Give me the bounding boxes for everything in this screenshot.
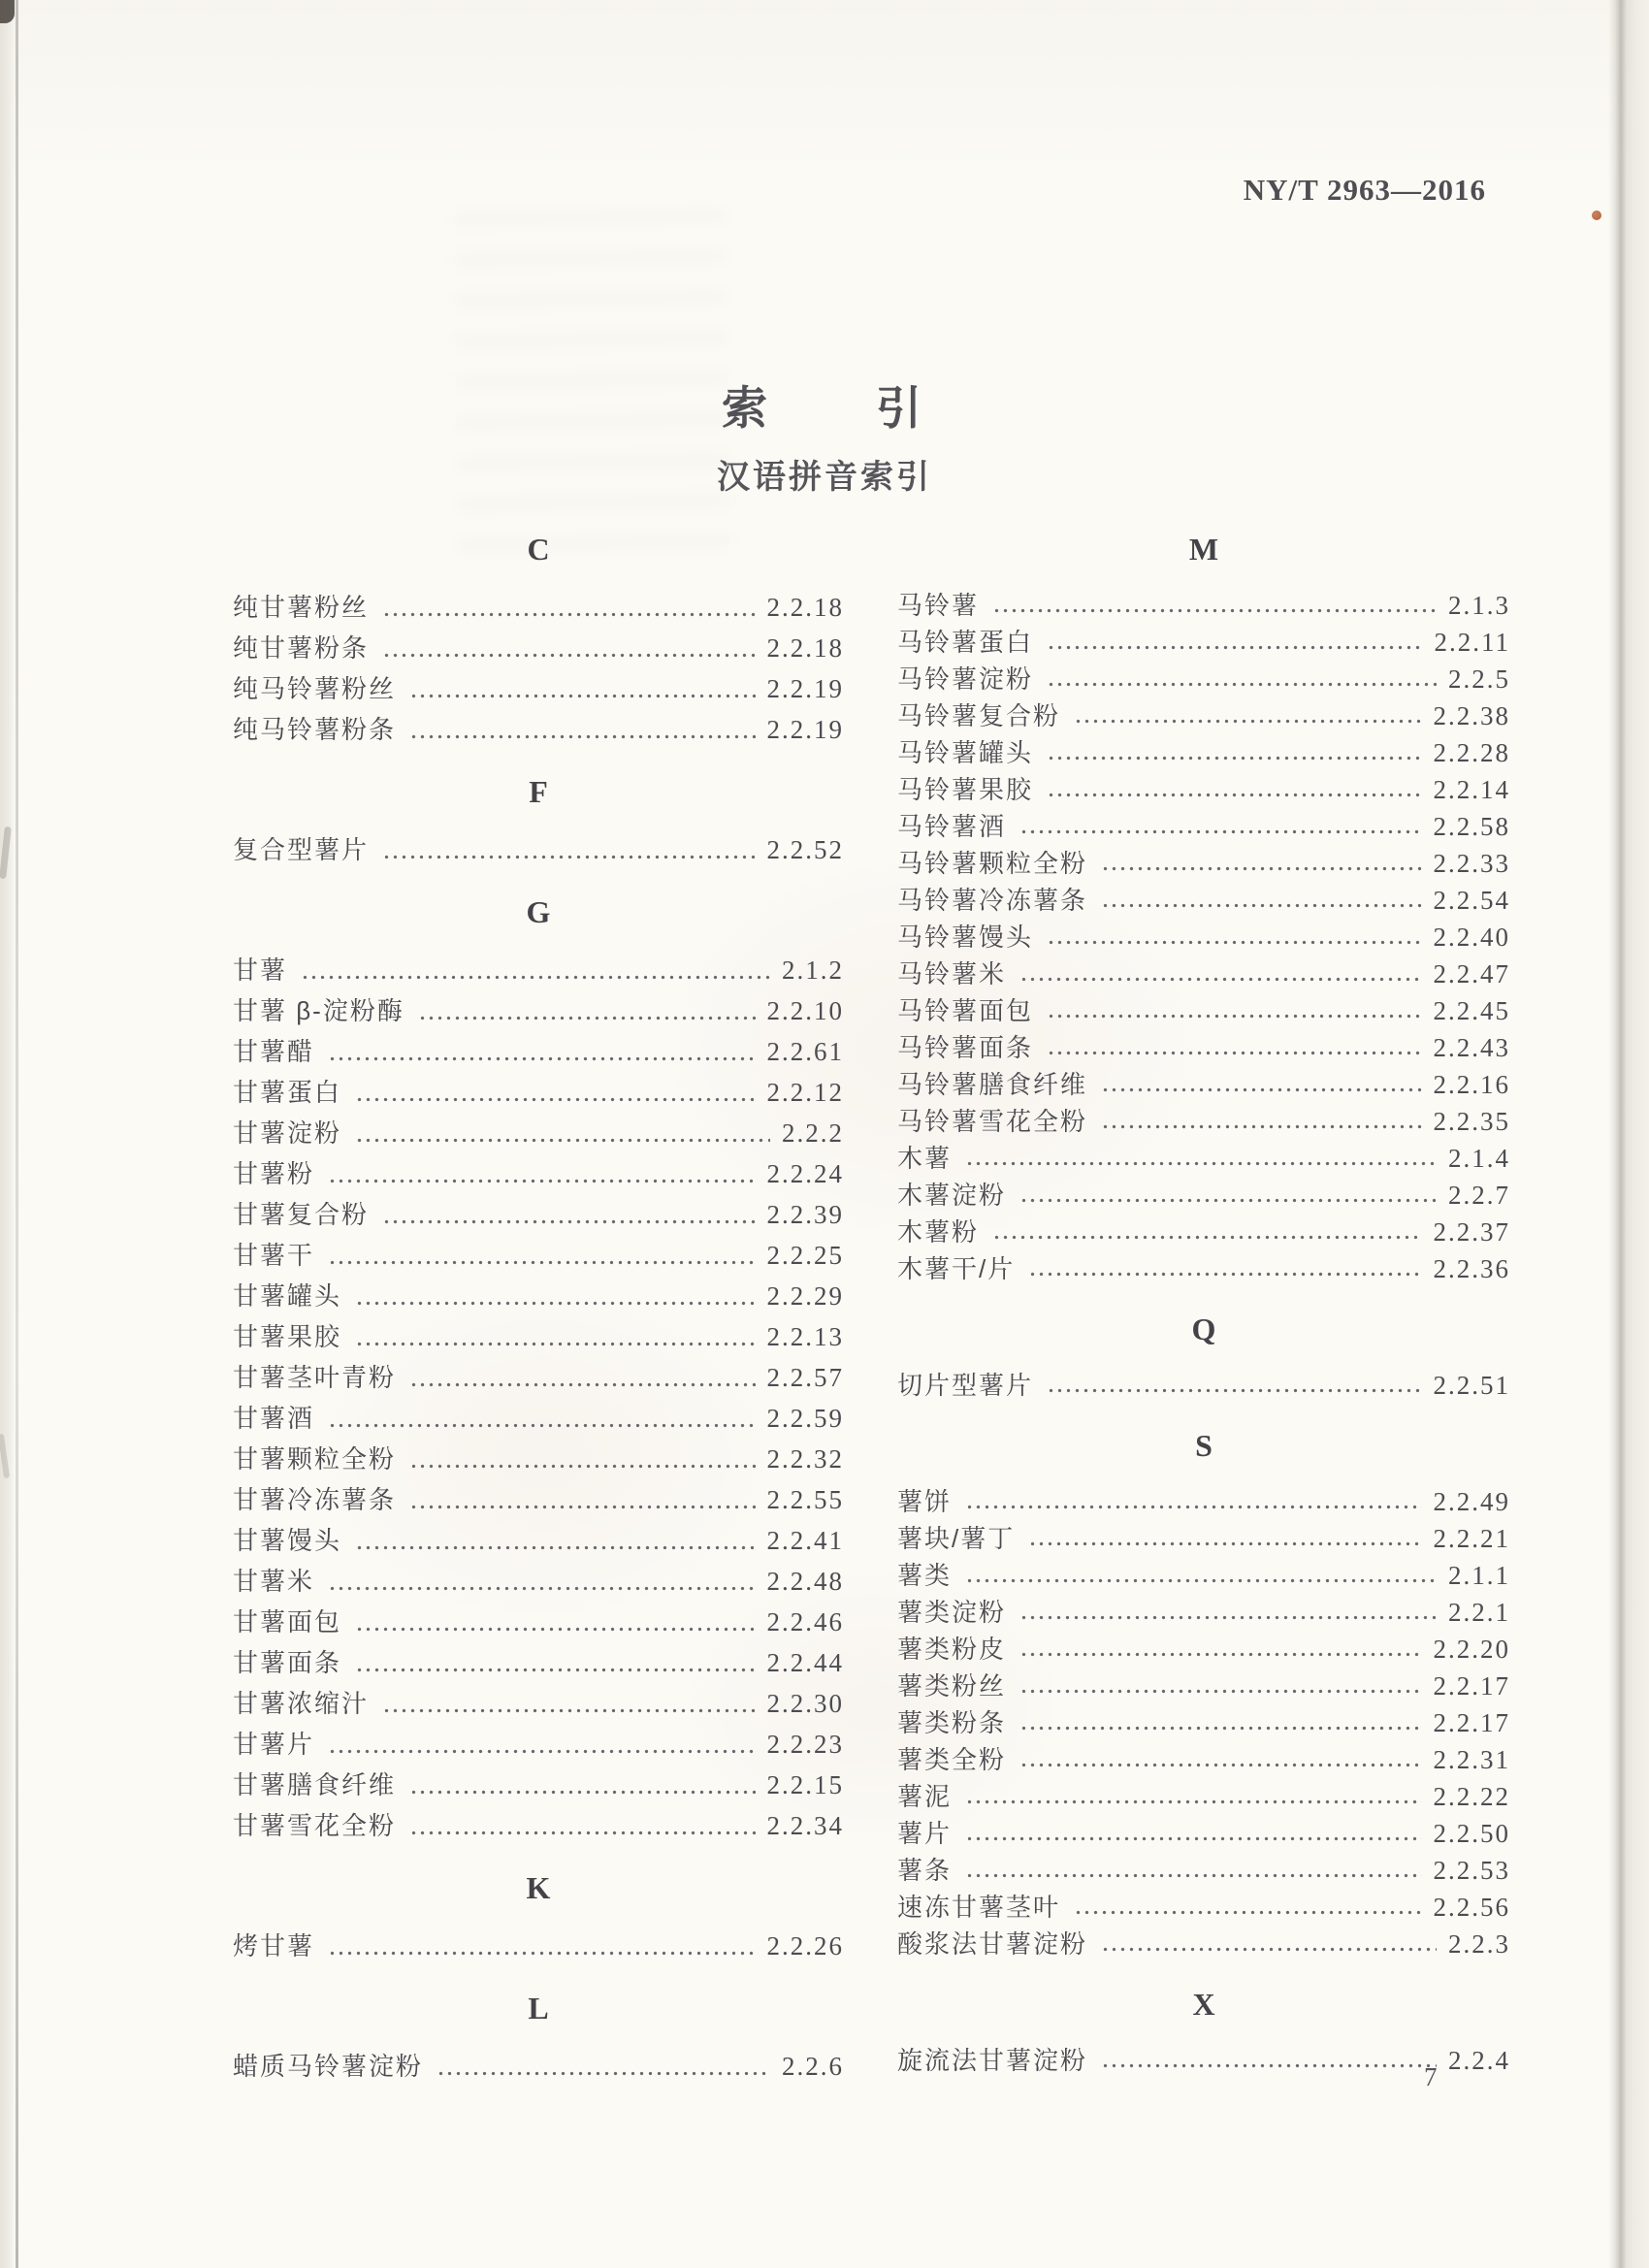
entry-term: 甘薯颗粒全粉 — [233, 1439, 396, 1479]
index-entry: 甘薯淀粉2.2.2 — [233, 1113, 844, 1153]
index-entry: 纯甘薯粉条2.2.18 — [233, 628, 844, 668]
entry-term: 甘薯酒 — [233, 1398, 314, 1439]
entry-term: 马铃薯面条 — [897, 1029, 1033, 1066]
dot-leader — [967, 1799, 1421, 1804]
index-entry: 甘薯膳食纤维2.2.15 — [233, 1765, 844, 1805]
index-entry: 甘薯 β-淀粉酶2.2.10 — [233, 990, 844, 1031]
entry-term: 纯甘薯粉条 — [233, 628, 369, 668]
page-subtitle: 汉语拼音索引 — [0, 450, 1649, 498]
dot-leader — [384, 1219, 755, 1224]
entry-term: 甘薯浓缩汁 — [233, 1683, 369, 1724]
entry-term: 甘薯米 — [233, 1561, 314, 1602]
index-section-X: X旋流法甘薯淀粉2.2.4 — [897, 1984, 1510, 2079]
entry-ref: 2.2.22 — [1434, 1778, 1511, 1815]
dot-leader — [967, 1836, 1421, 1841]
entry-ref: 2.2.10 — [767, 990, 845, 1031]
dot-leader — [357, 1342, 755, 1346]
index-entry: 烤甘薯2.2.26 — [233, 1926, 844, 1966]
page-number: 7 — [1424, 2062, 1438, 2092]
index-section-G: G甘薯2.1.2甘薯 β-淀粉酶2.2.10甘薯醋2.2.61甘薯蛋白2.2.1… — [233, 891, 844, 1846]
entry-term: 马铃薯 — [897, 587, 979, 624]
index-entry: 甘薯馒头2.2.41 — [233, 1520, 844, 1561]
index-entry: 木薯淀粉2.2.7 — [897, 1177, 1510, 1214]
dot-leader — [967, 1873, 1421, 1878]
dot-leader — [330, 1423, 755, 1428]
dot-leader — [330, 1586, 755, 1591]
entry-term: 甘薯粉 — [233, 1153, 314, 1194]
dot-leader — [411, 1464, 755, 1469]
dot-leader — [411, 734, 755, 739]
entry-ref: 2.2.20 — [1434, 1631, 1511, 1668]
index-column-left: C纯甘薯粉丝2.2.18纯甘薯粉条2.2.18纯马铃薯粉丝2.2.19纯马铃薯粉… — [233, 529, 844, 2087]
entry-term: 速冻甘薯茎叶 — [897, 1889, 1060, 1926]
index-entry: 木薯2.1.4 — [897, 1140, 1510, 1177]
entry-ref: 2.1.4 — [1448, 1140, 1510, 1177]
section-letter: X — [897, 1984, 1510, 2025]
entry-ref: 2.2.14 — [1434, 771, 1511, 808]
entry-ref: 2.2.19 — [767, 709, 845, 750]
entry-ref: 2.2.46 — [767, 1602, 845, 1642]
index-entry: 薯类粉丝2.2.17 — [897, 1668, 1510, 1704]
index-entry: 薯类粉条2.2.17 — [897, 1704, 1510, 1741]
entry-term: 甘薯 — [233, 950, 287, 990]
entry-term: 甘薯醋 — [233, 1031, 314, 1072]
entry-ref: 2.2.57 — [767, 1357, 845, 1398]
index-section-C: C纯甘薯粉丝2.2.18纯甘薯粉条2.2.18纯马铃薯粉丝2.2.19纯马铃薯粉… — [233, 529, 844, 750]
scan-edge-left-gutter — [0, 0, 16, 2268]
entry-term: 薯片 — [897, 1815, 952, 1852]
section-letter: L — [233, 1988, 844, 2028]
entry-term: 木薯淀粉 — [897, 1177, 1006, 1214]
dot-leader — [1021, 1615, 1437, 1620]
dot-leader — [967, 1161, 1437, 1166]
index-section-L: L蜡质马铃薯淀粉2.2.6 — [233, 1988, 844, 2087]
index-entry: 马铃薯雪花全粉2.2.35 — [897, 1103, 1510, 1140]
entry-ref: 2.2.33 — [1434, 845, 1511, 882]
index-section-M: M马铃薯2.1.3马铃薯蛋白2.2.11马铃薯淀粉2.2.5马铃薯复合粉2.2.… — [897, 529, 1510, 1287]
entry-term: 马铃薯膳食纤维 — [897, 1066, 1087, 1103]
stray-ink-dot — [1592, 211, 1601, 220]
entry-term: 甘薯冷冻薯条 — [233, 1479, 396, 1520]
dot-leader — [411, 1382, 755, 1387]
entry-term: 薯类粉丝 — [897, 1668, 1006, 1704]
entry-ref: 2.2.16 — [1434, 1066, 1511, 1103]
index-entry: 甘薯干2.2.25 — [233, 1235, 844, 1276]
index-entry: 马铃薯面包2.2.45 — [897, 992, 1510, 1029]
entry-ref: 2.2.51 — [1434, 1367, 1511, 1404]
entry-ref: 2.2.44 — [767, 1642, 845, 1683]
entry-ref: 2.2.55 — [767, 1479, 845, 1520]
index-entry: 蜡质马铃薯淀粉2.2.6 — [233, 2046, 844, 2087]
entry-ref: 2.2.28 — [1434, 734, 1511, 771]
index-entry: 切片型薯片2.2.51 — [897, 1367, 1510, 1404]
entry-term: 木薯 — [897, 1140, 952, 1177]
dot-leader — [1103, 1124, 1421, 1129]
index-entry: 酸浆法甘薯淀粉2.2.3 — [897, 1926, 1510, 1962]
dot-leader — [357, 1545, 755, 1550]
index-entry: 甘薯酒2.2.59 — [233, 1398, 844, 1439]
index-entry: 薯饼2.2.49 — [897, 1483, 1510, 1520]
entry-ref: 2.2.34 — [767, 1805, 845, 1846]
entry-term: 薯类粉条 — [897, 1704, 1006, 1741]
index-entry: 复合型薯片2.2.52 — [233, 829, 844, 870]
entry-ref: 2.2.43 — [1434, 1029, 1511, 1066]
dot-leader — [411, 1505, 755, 1509]
entry-ref: 2.2.24 — [767, 1153, 845, 1194]
index-entry: 薯泥2.2.22 — [897, 1778, 1510, 1815]
entry-ref: 2.2.2 — [782, 1113, 844, 1153]
entry-ref: 2.2.5 — [1448, 661, 1510, 697]
entry-term: 甘薯淀粉 — [233, 1113, 341, 1153]
entry-ref: 2.1.3 — [1448, 587, 1510, 624]
entry-ref: 2.2.18 — [767, 628, 845, 668]
entry-term: 马铃薯罐头 — [897, 734, 1033, 771]
dot-leader — [411, 694, 755, 698]
entry-term: 纯甘薯粉丝 — [233, 587, 369, 628]
entry-term: 烤甘薯 — [233, 1926, 314, 1966]
entry-term: 甘薯片 — [233, 1724, 314, 1765]
dot-leader — [1103, 903, 1421, 908]
entry-term: 木薯干/片 — [897, 1250, 1015, 1287]
entry-ref: 2.2.52 — [767, 829, 845, 870]
index-entry: 马铃薯膳食纤维2.2.16 — [897, 1066, 1510, 1103]
entry-ref: 2.2.1 — [1448, 1594, 1510, 1631]
entry-ref: 2.2.17 — [1434, 1704, 1511, 1741]
entry-term: 甘薯馒头 — [233, 1520, 341, 1561]
entry-term: 木薯粉 — [897, 1214, 979, 1250]
entry-term: 马铃薯米 — [897, 956, 1006, 992]
entry-ref: 2.2.21 — [1434, 1520, 1511, 1557]
entry-term: 甘薯面包 — [233, 1602, 341, 1642]
dot-leader — [1021, 829, 1421, 834]
dot-leader — [1103, 1087, 1421, 1092]
entry-ref: 2.2.49 — [1434, 1483, 1511, 1520]
entry-term: 马铃薯面包 — [897, 992, 1033, 1029]
entry-ref: 2.2.45 — [1434, 992, 1511, 1029]
entry-ref: 2.2.48 — [767, 1561, 845, 1602]
index-entry: 薯类全粉2.2.31 — [897, 1741, 1510, 1778]
scan-edge-left-line — [16, 0, 18, 2268]
index-entry: 旋流法甘薯淀粉2.2.4 — [897, 2042, 1510, 2079]
dot-leader — [357, 1138, 770, 1143]
dot-leader — [303, 975, 770, 980]
entry-ref: 2.2.37 — [1434, 1214, 1511, 1250]
entry-term: 马铃薯酒 — [897, 808, 1006, 845]
entry-term: 马铃薯雪花全粉 — [897, 1103, 1087, 1140]
entry-term: 甘薯蛋白 — [233, 1072, 341, 1113]
entry-ref: 2.2.15 — [767, 1765, 845, 1805]
entry-term: 薯类淀粉 — [897, 1594, 1006, 1631]
index-column-right: M马铃薯2.1.3马铃薯蛋白2.2.11马铃薯淀粉2.2.5马铃薯复合粉2.2.… — [897, 529, 1510, 2079]
index-entry: 薯块/薯丁2.2.21 — [897, 1520, 1510, 1557]
entry-term: 纯马铃薯粉条 — [233, 709, 396, 750]
index-entry: 纯马铃薯粉条2.2.19 — [233, 709, 844, 750]
entry-term: 马铃薯果胶 — [897, 771, 1033, 808]
standard-number: NY/T 2963—2016 — [1244, 173, 1486, 208]
entry-ref: 2.2.17 — [1434, 1668, 1511, 1704]
entry-term: 薯类全粉 — [897, 1741, 1006, 1778]
document-page: { "document": { "standard_number": "NY/T… — [0, 0, 1649, 2268]
entry-ref: 2.2.30 — [767, 1683, 845, 1724]
index-section-Q: Q切片型薯片2.2.51 — [897, 1309, 1510, 1404]
entry-term: 酸浆法甘薯淀粉 — [897, 1926, 1087, 1962]
index-entry: 马铃薯酒2.2.58 — [897, 808, 1510, 845]
entry-term: 甘薯膳食纤维 — [233, 1765, 396, 1805]
entry-term: 甘薯茎叶青粉 — [233, 1357, 396, 1398]
entry-ref: 2.2.32 — [767, 1439, 845, 1479]
index-entry: 甘薯复合粉2.2.39 — [233, 1194, 844, 1235]
index-entry: 甘薯果胶2.2.13 — [233, 1316, 844, 1357]
index-entry: 马铃薯冷冻薯条2.2.54 — [897, 882, 1510, 919]
index-entry: 木薯粉2.2.37 — [897, 1214, 1510, 1250]
dot-leader — [994, 608, 1437, 613]
entry-term: 旋流法甘薯淀粉 — [897, 2042, 1087, 2079]
entry-ref: 2.2.35 — [1434, 1103, 1511, 1140]
section-letter: C — [233, 529, 844, 569]
dot-leader — [330, 1260, 755, 1265]
entry-term: 甘薯雪花全粉 — [233, 1805, 396, 1846]
entry-ref: 2.2.54 — [1434, 882, 1511, 919]
scan-edge-right — [1608, 0, 1649, 2268]
dot-leader — [1049, 756, 1421, 761]
index-entry: 薯片2.2.50 — [897, 1815, 1510, 1852]
dot-leader — [967, 1505, 1421, 1509]
index-entry: 马铃薯颗粒全粉2.2.33 — [897, 845, 1510, 882]
section-letter: M — [897, 529, 1510, 569]
dot-leader — [1049, 1388, 1421, 1393]
entry-ref: 2.2.12 — [767, 1072, 845, 1113]
section-letter: S — [897, 1425, 1510, 1466]
entry-term: 薯条 — [897, 1852, 952, 1889]
dot-leader — [420, 1016, 756, 1021]
entry-term: 甘薯 β-淀粉酶 — [233, 990, 404, 1031]
dot-leader — [1049, 645, 1422, 650]
dot-leader — [1021, 1763, 1421, 1767]
section-letter: K — [233, 1867, 844, 1908]
dot-leader — [384, 1708, 755, 1713]
dot-leader — [994, 1235, 1421, 1240]
entry-ref: 2.2.3 — [1448, 1926, 1510, 1962]
index-entry: 甘薯冷冻薯条2.2.55 — [233, 1479, 844, 1520]
index-entry: 马铃薯淀粉2.2.5 — [897, 661, 1510, 697]
dot-leader — [1076, 1910, 1421, 1915]
index-entry: 甘薯片2.2.23 — [233, 1724, 844, 1765]
dot-leader — [967, 1578, 1437, 1583]
entry-ref: 2.2.38 — [1434, 697, 1511, 734]
entry-ref: 2.2.25 — [767, 1235, 845, 1276]
dot-leader — [330, 1951, 755, 1956]
dot-leader — [357, 1668, 755, 1672]
entry-term: 马铃薯冷冻薯条 — [897, 882, 1087, 919]
entry-term: 薯类粉皮 — [897, 1631, 1006, 1668]
index-entry: 甘薯罐头2.2.29 — [233, 1276, 844, 1316]
index-entry: 薯类粉皮2.2.20 — [897, 1631, 1510, 1668]
entry-ref: 2.2.41 — [767, 1520, 845, 1561]
dot-leader — [1021, 1198, 1437, 1203]
entry-term: 蜡质马铃薯淀粉 — [233, 2046, 423, 2087]
entry-term: 甘薯复合粉 — [233, 1194, 369, 1235]
dot-leader — [1103, 866, 1421, 871]
index-entry: 甘薯2.1.2 — [233, 950, 844, 990]
entry-term: 马铃薯蛋白 — [897, 624, 1033, 661]
index-section-K: K烤甘薯2.2.26 — [233, 1867, 844, 1966]
index-entry: 马铃薯2.1.3 — [897, 587, 1510, 624]
index-section-S: S薯饼2.2.49薯块/薯丁2.2.21薯类2.1.1薯类淀粉2.2.1薯类粉皮… — [897, 1425, 1510, 1962]
dot-leader — [1030, 1541, 1421, 1546]
dot-leader — [438, 2071, 770, 2076]
entry-ref: 2.2.26 — [767, 1926, 845, 1966]
index-entry: 马铃薯罐头2.2.28 — [897, 734, 1510, 771]
entry-term: 马铃薯颗粒全粉 — [897, 845, 1087, 882]
index-entry: 马铃薯果胶2.2.14 — [897, 771, 1510, 808]
index-entry: 纯甘薯粉丝2.2.18 — [233, 587, 844, 628]
entry-ref: 2.2.56 — [1434, 1889, 1511, 1926]
entry-term: 薯饼 — [897, 1483, 952, 1520]
entry-term: 甘薯罐头 — [233, 1276, 341, 1316]
index-entry: 甘薯蛋白2.2.12 — [233, 1072, 844, 1113]
entry-ref: 2.2.50 — [1434, 1815, 1511, 1852]
entry-term: 马铃薯淀粉 — [897, 661, 1033, 697]
index-entry: 马铃薯面条2.2.43 — [897, 1029, 1510, 1066]
entry-ref: 2.2.23 — [767, 1724, 845, 1765]
dot-leader — [384, 855, 755, 859]
entry-ref: 2.2.53 — [1434, 1852, 1511, 1889]
dot-leader — [1021, 977, 1421, 982]
section-letter: Q — [897, 1309, 1510, 1349]
entry-term: 甘薯果胶 — [233, 1316, 341, 1357]
dot-leader — [1049, 793, 1421, 797]
entry-ref: 2.2.29 — [767, 1276, 845, 1316]
dot-leader — [1049, 1014, 1421, 1019]
dot-leader — [357, 1627, 755, 1632]
dot-leader — [1021, 1726, 1421, 1731]
dot-leader — [357, 1301, 755, 1306]
entry-ref: 2.2.11 — [1435, 624, 1511, 661]
dot-leader — [411, 1831, 755, 1835]
entry-ref: 2.2.31 — [1434, 1741, 1511, 1778]
entry-ref: 2.1.1 — [1448, 1557, 1510, 1594]
index-entry: 马铃薯米2.2.47 — [897, 956, 1510, 992]
dot-leader — [330, 1179, 755, 1183]
entry-ref: 2.2.40 — [1434, 919, 1511, 956]
dot-leader — [411, 1790, 755, 1795]
dot-leader — [330, 1056, 755, 1061]
entry-ref: 2.2.4 — [1448, 2042, 1510, 2079]
dot-leader — [1049, 1051, 1421, 1055]
entry-ref: 2.2.13 — [767, 1316, 845, 1357]
entry-ref: 2.2.39 — [767, 1194, 845, 1235]
index-entry: 薯条2.2.53 — [897, 1852, 1510, 1889]
dot-leader — [1049, 940, 1421, 945]
entry-term: 复合型薯片 — [233, 829, 369, 870]
dot-leader — [330, 1749, 755, 1754]
entry-term: 切片型薯片 — [897, 1367, 1033, 1404]
entry-term: 薯泥 — [897, 1778, 952, 1815]
entry-ref: 2.2.61 — [767, 1031, 845, 1072]
index-entry: 甘薯茎叶青粉2.2.57 — [233, 1357, 844, 1398]
entry-ref: 2.2.19 — [767, 668, 845, 709]
dot-leader — [1103, 1947, 1437, 1952]
entry-term: 马铃薯馒头 — [897, 919, 1033, 956]
index-entry: 马铃薯复合粉2.2.38 — [897, 697, 1510, 734]
dot-leader — [1103, 2063, 1437, 2068]
entry-ref: 2.2.58 — [1434, 808, 1511, 845]
entry-term: 薯块/薯丁 — [897, 1520, 1015, 1557]
entry-ref: 2.2.47 — [1434, 956, 1511, 992]
index-entry: 甘薯醋2.2.61 — [233, 1031, 844, 1072]
index-entry: 马铃薯馒头2.2.40 — [897, 919, 1510, 956]
index-entry: 马铃薯蛋白2.2.11 — [897, 624, 1510, 661]
page-title: 索 引 — [0, 373, 1649, 437]
entry-ref: 2.2.36 — [1434, 1250, 1511, 1287]
entry-ref: 2.1.2 — [782, 950, 844, 990]
dot-leader — [1021, 1689, 1421, 1694]
entry-ref: 2.2.6 — [782, 2046, 844, 2087]
index-section-F: F复合型薯片2.2.52 — [233, 771, 844, 870]
index-entry: 速冻甘薯茎叶2.2.56 — [897, 1889, 1510, 1926]
index-entry: 甘薯面条2.2.44 — [233, 1642, 844, 1683]
entry-term: 马铃薯复合粉 — [897, 697, 1060, 734]
dot-leader — [384, 612, 755, 617]
index-entry: 薯类2.1.1 — [897, 1557, 1510, 1594]
entry-ref: 2.2.59 — [767, 1398, 845, 1439]
index-entry: 甘薯雪花全粉2.2.34 — [233, 1805, 844, 1846]
index-entry: 薯类淀粉2.2.1 — [897, 1594, 1510, 1631]
dot-leader — [1021, 1652, 1421, 1657]
dot-leader — [1076, 719, 1421, 724]
index-entry: 甘薯颗粒全粉2.2.32 — [233, 1439, 844, 1479]
dot-leader — [1030, 1272, 1421, 1277]
index-entry: 甘薯浓缩汁2.2.30 — [233, 1683, 844, 1724]
entry-term: 薯类 — [897, 1557, 952, 1594]
dot-leader — [1049, 682, 1437, 687]
entry-term: 甘薯干 — [233, 1235, 314, 1276]
dot-leader — [357, 1097, 755, 1102]
index-entry: 木薯干/片2.2.36 — [897, 1250, 1510, 1287]
entry-term: 纯马铃薯粉丝 — [233, 668, 396, 709]
index-entry: 纯马铃薯粉丝2.2.19 — [233, 668, 844, 709]
entry-term: 甘薯面条 — [233, 1642, 341, 1683]
index-entry: 甘薯米2.2.48 — [233, 1561, 844, 1602]
section-letter: G — [233, 891, 844, 932]
entry-ref: 2.2.7 — [1448, 1177, 1510, 1214]
section-letter: F — [233, 771, 844, 812]
dot-leader — [384, 653, 755, 658]
index-entry: 甘薯面包2.2.46 — [233, 1602, 844, 1642]
entry-ref: 2.2.18 — [767, 587, 845, 628]
index-entry: 甘薯粉2.2.24 — [233, 1153, 844, 1194]
